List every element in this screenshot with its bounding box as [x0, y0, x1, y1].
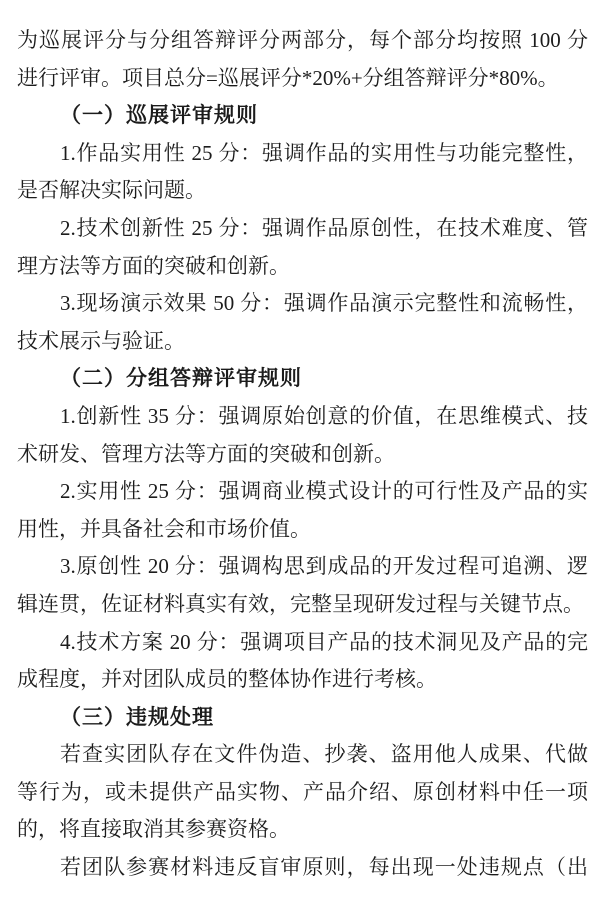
paragraph: 3.原创性 20 分：强调构思到成品的开发过程可追溯、逻 辑连贯，佐证材料真实有…	[17, 548, 588, 623]
section-heading-2: （二）分组答辩评审规则	[17, 360, 588, 398]
text-line: 若团队参赛材料违反盲审原则，每出现一处违规点（出	[17, 849, 588, 887]
text-line: 成程度，并对团队成员的整体协作进行考核。	[17, 661, 588, 699]
paragraph: 2.实用性 25 分：强调商业模式设计的可行性及产品的实 用性，并具备社会和市场…	[17, 473, 588, 548]
paragraph: 若团队参赛材料违反盲审原则，每出现一处违规点（出	[17, 849, 588, 887]
text-line: 3.现场演示效果 50 分：强调作品演示完整性和流畅性，	[17, 285, 588, 323]
text-line: 用性，并具备社会和市场价值。	[17, 511, 588, 549]
paragraph: 若查实团队存在文件伪造、抄袭、盗用他人成果、代做 等行为，或未提供产品实物、产品…	[17, 736, 588, 849]
text-line: 4.技术方案 20 分：强调项目产品的技术洞见及产品的完	[17, 624, 588, 662]
text-line: 1.作品实用性 25 分：强调作品的实用性与功能完整性，	[17, 135, 588, 173]
paragraph: 3.现场演示效果 50 分：强调作品演示完整性和流畅性， 技术展示与验证。	[17, 285, 588, 360]
paragraph: 2.技术创新性 25 分：强调作品原创性，在技术难度、管 理方法等方面的突破和创…	[17, 210, 588, 285]
text-line: 是否解决实际问题。	[17, 172, 588, 210]
text-line: 技术展示与验证。	[17, 323, 588, 361]
paragraph: 1.作品实用性 25 分：强调作品的实用性与功能完整性， 是否解决实际问题。	[17, 135, 588, 210]
text-line: 等行为，或未提供产品实物、产品介绍、原创材料中任一项	[17, 774, 588, 812]
paragraph: 为巡展评分与分组答辩评分两部分，每个部分均按照 100 分 进行评审。项目总分=…	[17, 22, 588, 97]
text-line: 的，将直接取消其参赛资格。	[17, 811, 588, 849]
text-line: 1.创新性 35 分：强调原始创意的价值，在思维模式、技	[17, 398, 588, 436]
text-line: 若查实团队存在文件伪造、抄袭、盗用他人成果、代做	[17, 736, 588, 774]
document-page: 为巡展评分与分组答辩评分两部分，每个部分均按照 100 分 进行评审。项目总分=…	[0, 0, 603, 908]
text-line: 辑连贯，佐证材料真实有效，完整呈现研发过程与关键节点。	[17, 586, 588, 624]
text-line: 2.技术创新性 25 分：强调作品原创性，在技术难度、管	[17, 210, 588, 248]
paragraph: 4.技术方案 20 分：强调项目产品的技术洞见及产品的完 成程度，并对团队成员的…	[17, 624, 588, 699]
section-heading-3: （三）违规处理	[17, 699, 588, 737]
text-line: 2.实用性 25 分：强调商业模式设计的可行性及产品的实	[17, 473, 588, 511]
section-heading-1: （一）巡展评审规则	[17, 97, 588, 135]
text-line: 理方法等方面的突破和创新。	[17, 248, 588, 286]
paragraph: 1.创新性 35 分：强调原始创意的价值，在思维模式、技 术研发、管理方法等方面…	[17, 398, 588, 473]
text-line: 为巡展评分与分组答辩评分两部分，每个部分均按照 100 分	[17, 22, 588, 60]
text-line: 进行评审。项目总分=巡展评分*20%+分组答辩评分*80%。	[17, 60, 588, 98]
text-line: 术研发、管理方法等方面的突破和创新。	[17, 436, 588, 474]
text-line: 3.原创性 20 分：强调构思到成品的开发过程可追溯、逻	[17, 548, 588, 586]
